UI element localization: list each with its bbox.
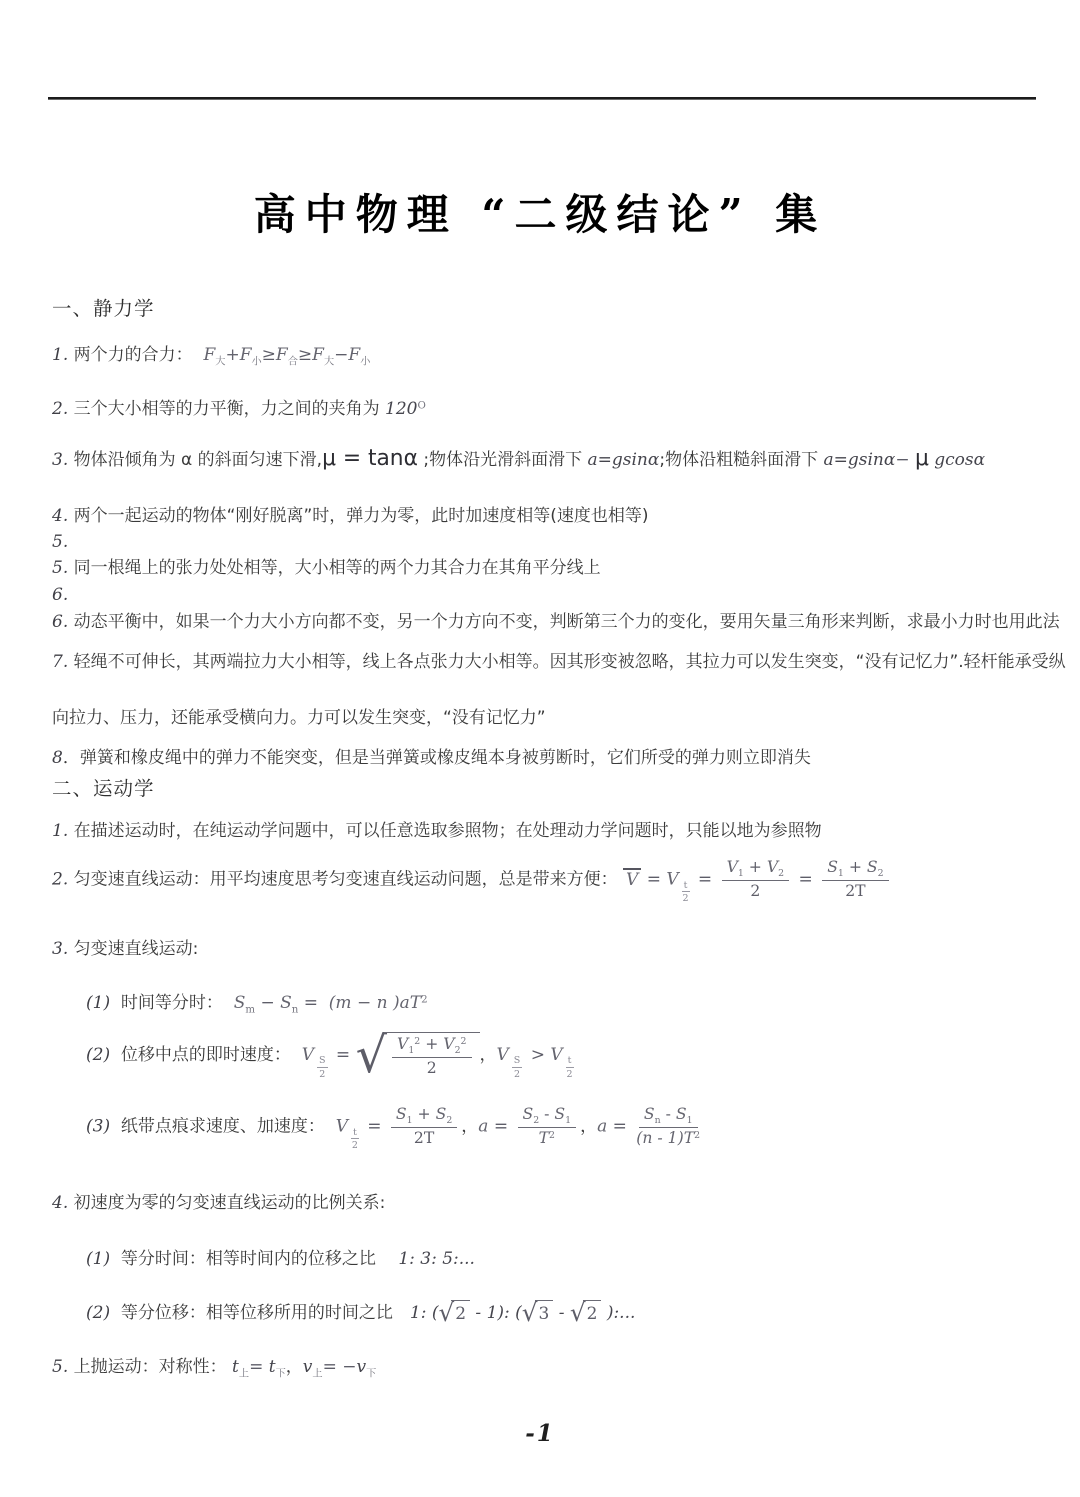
kinematics-item-3-sub-3: (3) 纸带点痕求速度、加速度： Vt2 = S1 + S22T，a = S2 … — [86, 1105, 1050, 1148]
statics-item-7-line-1: 7. 轻绳不可伸长，其两端拉力大小相等，线上各点张力大小相等。因其形变被忽略，其… — [52, 651, 1050, 674]
kinematics-item-2: 2. 匀变速直线运动：用平均速度思考匀变速直线运动问题，总是带来方便： V = … — [52, 858, 1050, 901]
statics-item-2: 2. 三个大小相等的力平衡，力之间的夹角为 120O — [52, 398, 1050, 421]
statics-item-1: 1. 两个力的合力： F大+F小≥F合≥F大−F小 — [52, 344, 1050, 369]
statics-item-5: 5. 同一根绳上的张力处处相等，大小相等的两个力其合力在其角平分线上 — [52, 557, 1050, 580]
page-number: -1 — [0, 1420, 1080, 1447]
statics-item-6-stub: 6. — [52, 584, 1050, 607]
kinematics-item-5: 5. 上抛运动：对称性： t上= t下，v上= −v下 — [52, 1356, 1050, 1381]
kinematics-item-4-sub-2: (2) 等分位移：相等位移所用的时间之比 1: (√2 - 1): (√3 - … — [86, 1300, 1050, 1326]
header-rule — [48, 97, 1036, 100]
statics-item-5-stub: 5. — [52, 531, 1050, 554]
kinematics-item-1: 1. 在描述运动时，在纯运动学问题中，可以任意选取参照物；在处理动力学问题时，只… — [52, 820, 1050, 843]
statics-item-3: 3. 物体沿倾角为 α 的斜面匀速下滑,μ = tanα ;物体沿光滑斜面滑下 … — [52, 444, 1050, 473]
kinematics-item-3-sub-1: (1) 时间等分时： Sm − Sn = (m − n )aT2 — [86, 992, 1050, 1017]
document-title: 高中物理 “二级结论” 集 — [0, 182, 1080, 242]
statics-item-6: 6. 动态平衡中，如果一个力大小方向都不变，另一个力方向不变，判断第三个力的变化… — [52, 611, 1050, 634]
statics-item-7-line-2: 向拉力、压力，还能承受横向力。力可以发生突变，“没有记忆力” — [52, 707, 1050, 730]
statics-item-8: 8．弹簧和橡皮绳中的弹力不能突变，但是当弹簧或橡皮绳本身被剪断时，它们所受的弹力… — [52, 747, 1050, 770]
kinematics-item-4-sub-1: (1) 等分时间：相等时间内的位移之比 1: 3: 5:... — [86, 1248, 1050, 1271]
kinematics-item-4: 4. 初速度为零的匀变速直线运动的比例关系: — [52, 1192, 1050, 1215]
section-statics-heading: 一、静力学 — [52, 296, 1050, 322]
kinematics-item-3-sub-2: (2) 位移中点的即时速度： VS2 = √V12 + V222，VS2 > V… — [86, 1032, 1050, 1078]
section-kinematics-heading: 二、运动学 — [52, 776, 1050, 802]
statics-item-4: 4. 两个一起运动的物体“刚好脱离”时，弹力为零，此时加速度相等(速度也相等) — [52, 505, 1050, 528]
document-page: 高中物理 “二级结论” 集 一、静力学 1. 两个力的合力： F大+F小≥F合≥… — [0, 0, 1080, 1497]
kinematics-item-3: 3. 匀变速直线运动: — [52, 938, 1050, 961]
